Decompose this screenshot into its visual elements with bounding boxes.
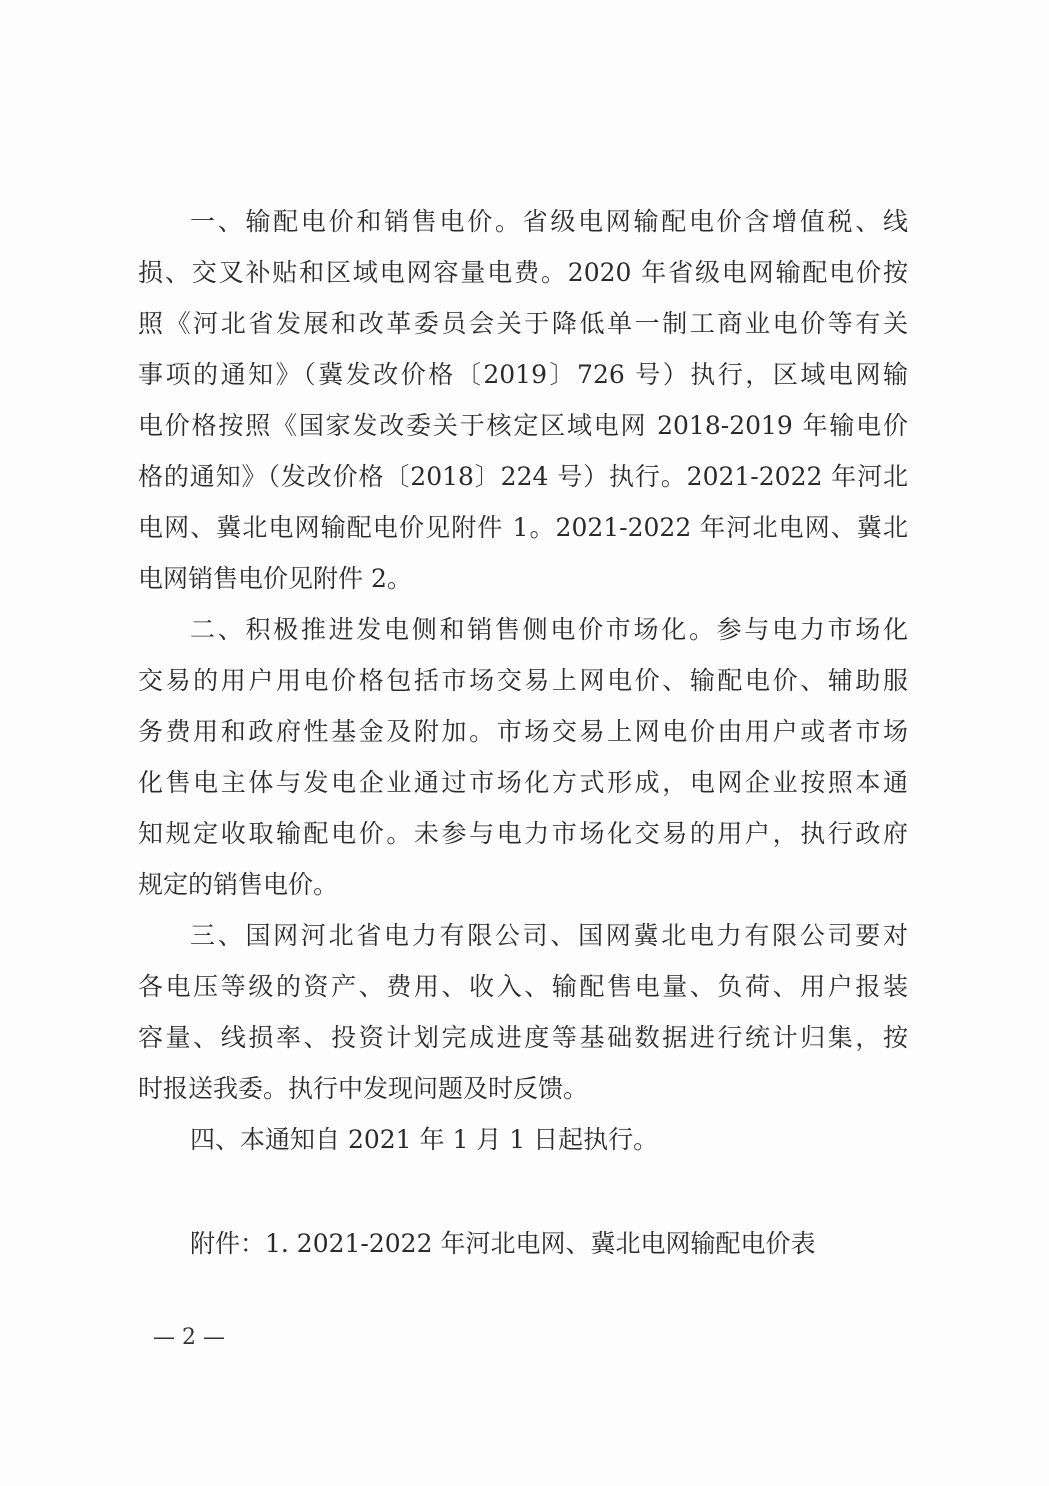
section-3-line-3: 容量、线损率、投资计划完成进度等基础数据进行统计归集，按 bbox=[138, 1012, 908, 1063]
section-2-line-4: 化售电主体与发电企业通过市场化方式形成，电网企业按照本通 bbox=[138, 757, 908, 808]
section-2-line-6: 规定的销售电价。 bbox=[138, 859, 908, 910]
section-3-line-4: 时报送我委。执行中发现问题及时反馈。 bbox=[138, 1063, 908, 1114]
section-1-line-3: 照《河北省发展和改革委员会关于降低单一制工商业电价等有关 bbox=[138, 298, 908, 349]
section-4-line-1: 四、本通知自 2021 年 1 月 1 日起执行。 bbox=[138, 1114, 908, 1165]
section-1-line-2: 损、交叉补贴和区域电网容量电费。2020 年省级电网输配电价按 bbox=[138, 247, 908, 298]
section-2-line-3: 务费用和政府性基金及附加。市场交易上网电价由用户或者市场 bbox=[138, 706, 908, 757]
section-1-line-7: 电网、冀北电网输配电价见附件 1。2021-2022 年河北电网、冀北 bbox=[138, 502, 908, 553]
section-2-line-2: 交易的用户用电价格包括市场交易上网电价、输配电价、辅助服 bbox=[138, 655, 908, 706]
section-1-line-5: 电价格按照《国家发改委关于核定区域电网 2018-2019 年输电价 bbox=[138, 400, 908, 451]
section-1-line-1: 一、输配电价和销售电价。省级电网输配电价含增值税、线 bbox=[138, 196, 908, 247]
section-1-line-8: 电网销售电价见附件 2。 bbox=[138, 553, 908, 604]
attachment-list: 附件：1. 2021-2022 年河北电网、冀北电网输配电价表 bbox=[190, 1218, 815, 1269]
document-body: 一、输配电价和销售电价。省级电网输配电价含增值税、线 损、交叉补贴和区域电网容量… bbox=[138, 196, 908, 1165]
page-number: — 2 — bbox=[153, 1318, 225, 1358]
section-1-line-6: 格的通知》（发改价格〔2018〕224 号）执行。2021-2022 年河北 bbox=[138, 451, 908, 502]
section-1-line-4: 事项的通知》（冀发改价格〔2019〕726 号）执行，区域电网输 bbox=[138, 349, 908, 400]
section-3-line-1: 三、国网河北省电力有限公司、国网冀北电力有限公司要对 bbox=[138, 910, 908, 961]
section-2-line-1: 二、积极推进发电侧和销售侧电价市场化。参与电力市场化 bbox=[138, 604, 908, 655]
document-page: 一、输配电价和销售电价。省级电网输配电价含增值税、线 损、交叉补贴和区域电网容量… bbox=[0, 0, 1049, 1486]
section-3-line-2: 各电压等级的资产、费用、收入、输配售电量、负荷、用户报装 bbox=[138, 961, 908, 1012]
section-2-line-5: 知规定收取输配电价。未参与电力市场化交易的用户，执行政府 bbox=[138, 808, 908, 859]
